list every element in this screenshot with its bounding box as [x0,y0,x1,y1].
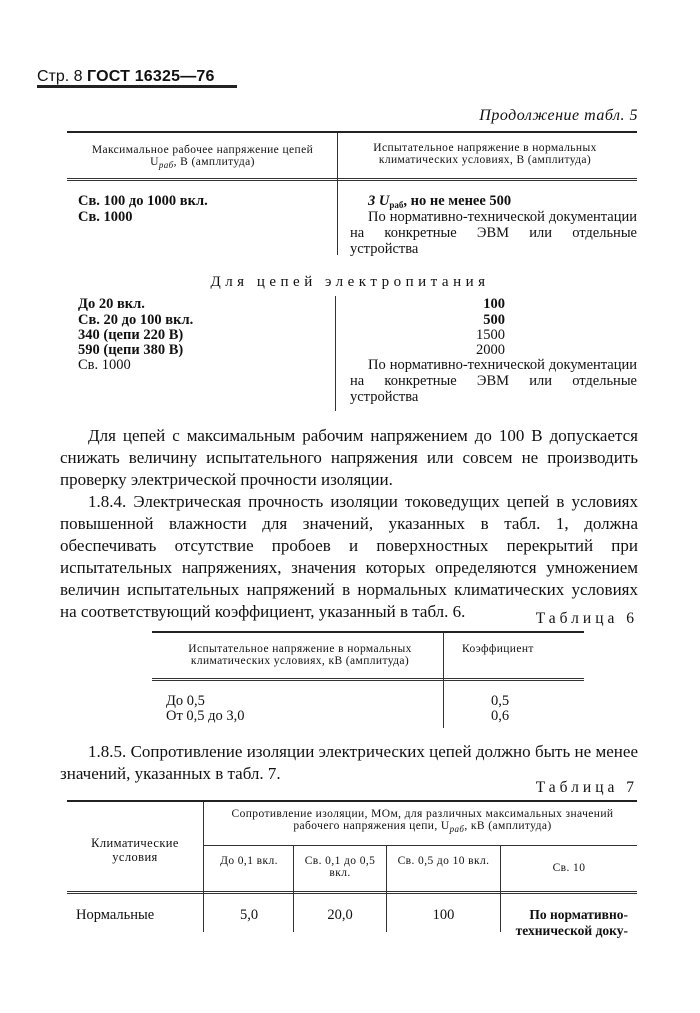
table6-top-rule [152,631,584,633]
table5-row-test: По нормативно-технической документации н… [350,357,637,405]
table7-col1-header: Климатические условия [70,836,200,864]
table7-subheader: До 0,1 вкл. [205,855,293,867]
table5-col1-header: Максимальное рабочее напряжение цепей Uр… [80,144,325,171]
table6-col1-header: Испытательное напряжение в нормальных кл… [170,643,430,667]
table6-header-rule [152,678,584,681]
table6-row-coef: 0,5 [480,693,520,709]
table7-caption: Таблица 7 [536,779,638,797]
table5-row-test: 2000 [440,342,505,358]
table7-row-value: 20,0 [294,907,386,923]
page-header: Стр. 8 ГОСТ 16325—76 [37,68,215,86]
table5-row-voltage: 340 (цепи 220 В) [78,327,183,343]
table7-subheader: Св. 0,5 до 10 вкл. [387,855,500,867]
table7-col-divider [203,802,204,932]
table7-row-condition: Нормальные [76,907,154,923]
table6-col2-header: Коэффициент [462,643,522,655]
standard-number: ГОСТ 16325—76 [87,68,215,85]
table5-col-divider [335,296,336,411]
table6-row-coef: 0,6 [480,708,520,724]
page-label: Стр. 8 [37,68,83,85]
table5-row-voltage: До 20 вкл. [78,296,145,312]
table7-col-divider [500,846,501,932]
table5-row-voltage: Св. 1000 [78,357,131,373]
paragraph-1-8-4: 1.8.4. Электрическая прочность изоляции … [60,491,638,623]
table5-row-voltage: 590 (цепи 380 В) [78,342,183,358]
table6-row-voltage: От 0,5 до 3,0 [166,708,245,724]
table7-row-value: По нормативно-технической доку- [503,907,628,939]
header-rule [37,85,237,88]
table5-row-test: 1500 [440,327,505,343]
table7-subheader: Св. 0,1 до 0,5 вкл. [294,855,386,879]
table5-row-voltage: Св. 1000 [78,209,328,225]
paragraph-low-voltage: Для цепей с максимальным рабочим напряже… [60,425,638,491]
table5-col2-header: Испытательное напряжение в нормальных кл… [360,142,610,166]
table7-row-value: 5,0 [205,907,293,923]
table5-section-title: Для цепей электропитания [0,274,700,291]
table5-row-voltage: Св. 20 до 100 вкл. [78,312,193,328]
table5-top-rule [67,131,637,133]
table6-caption: Таблица 6 [536,610,638,628]
table5-col-divider [337,133,338,255]
table7-subheader: Св. 10 [501,862,637,874]
table7-group-header: Сопротивление изоляции, МОм, для различн… [215,808,630,835]
table7-top-rule [67,800,637,802]
table5-row-voltage: Св. 100 до 1000 вкл. [78,193,328,209]
table5-row-test: 100 [440,296,505,312]
table7-row-value: 100 [387,907,500,923]
table7-header-rule [67,891,637,894]
table5-continuation-label: Продолжение табл. 5 [479,107,638,125]
table5-header-rule [67,178,637,181]
table7-group-rule [204,845,637,846]
table5-row-test: 500 [440,312,505,328]
table6-row-voltage: До 0,5 [166,693,205,709]
table5-row-test: По нормативно-технической документации н… [350,209,637,257]
